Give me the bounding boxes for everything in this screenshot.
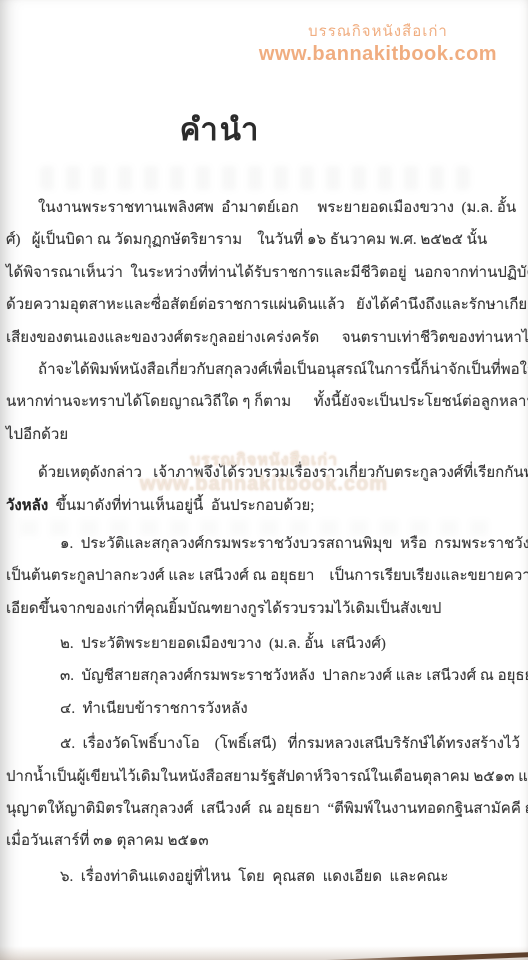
text-line: ไปอีกด้วย — [6, 419, 518, 451]
text-line: เสียงของตนเองและของวงศ์ตระกูลอย่างเคร่งค… — [6, 322, 518, 354]
text-line: นหากท่านจะทราบได้โดยญาณวิถีใด ๆ ก็ตาม ทั… — [6, 386, 518, 418]
text-line: นุญาตให้ญาติมิตรในสกุลวงศ์ เสนีวงศ์ ณ อย… — [6, 793, 518, 825]
list-item: ๓. บัญชีสายสกุลวงศ์กรมพระราชวังหลัง ปาลก… — [6, 660, 518, 692]
text-line: เมื่อวันเสาร์ที่ ๓๑ ตุลาคม ๒๕๑๓ — [6, 825, 518, 857]
text-line: ถ้าจะได้พิมพ์หนังสือเกี่ยวกับสกุลวงศ์เพื… — [6, 354, 518, 386]
text-line: ได้พิจารณาเห็นว่า ในระหว่างที่ท่านได้รับ… — [6, 257, 518, 289]
text-line: ด้วยความอุตสาหะและซื่อสัตย์ต่อราชการแผ่น… — [6, 289, 518, 321]
page-content: คำนำ ในงานพระราชทานเพลิงศพ อำมาตย์เอก พร… — [0, 0, 528, 893]
text-line: ศ์) ผู้เป็นบิดา ณ วัดมกุฏกษัตริยาราม ในว… — [6, 224, 518, 256]
page-title: คำนำ — [6, 104, 434, 154]
list-item: ๒. ประวัติพระยายอดเมืองขวาง (ม.ล. อั้น เ… — [6, 628, 518, 660]
list-item: ๑. ประวัติและสกุลวงศ์กรมพระราชวังบวรสถาน… — [6, 528, 518, 560]
scanned-book-page: บรรณกิจหนังสือเก่า www.bannakitbook.com … — [0, 0, 528, 960]
text-line: ปากน้ำเป็นผู้เขียนไว้เดิมในหนังสือสยามรั… — [6, 761, 518, 793]
text-line: วังหลัง ขึ้นมาดังที่ท่านเห็นอยู่นี้ อันป… — [6, 490, 518, 522]
text-line: ในงานพระราชทานเพลิงศพ อำมาตย์เอก พระยายอ… — [6, 192, 518, 224]
list-item: ๖. เรื่องท่าดินแดงอยู่ที่ไหน โดย คุณสด แ… — [6, 861, 518, 893]
list-item: ๔. ทำเนียบข้าราชการวังหลัง — [6, 693, 518, 725]
text-line: เอียดขึ้นจากของเก่าที่คุณยิ้มบัณฑยางกูรไ… — [6, 593, 518, 625]
text-line: เป็นต้นตระกูลปาลกะวงศ์ และ เสนีวงศ์ ณ อย… — [6, 560, 518, 592]
text-line-rest: ขึ้นมาดังที่ท่านเห็นอยู่นี้ อันประกอบด้ว… — [48, 498, 314, 514]
bold-word: วังหลัง — [6, 498, 48, 514]
text-line: ด้วยเหตุดังกล่าว เจ้าภาพจึงได้รวบรวมเรื่… — [6, 457, 518, 489]
list-item: ๕. เรื่องวัดโพธิ์บางโอ (โพธิ์เสนี) ที่กร… — [6, 728, 518, 760]
